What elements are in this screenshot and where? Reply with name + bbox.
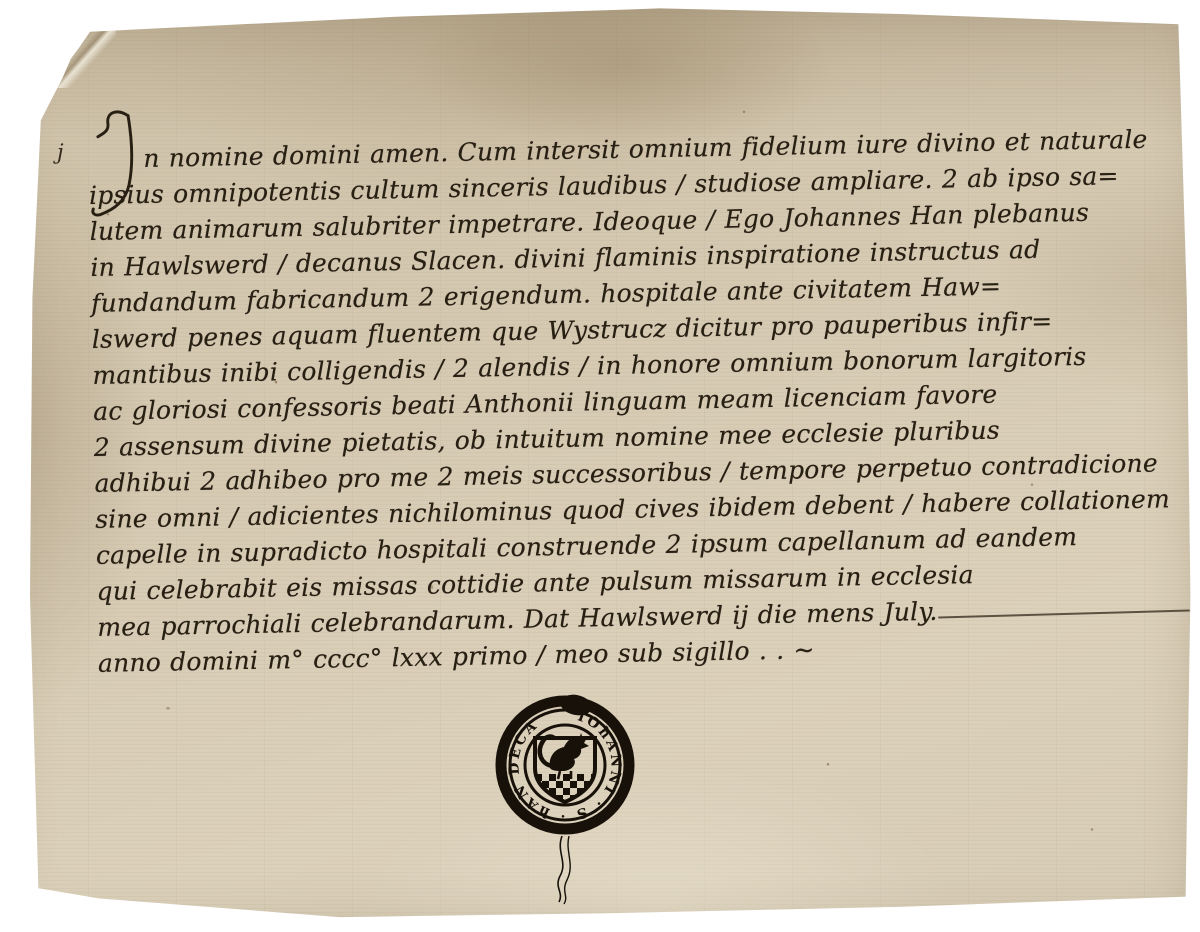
charter-text: n nomine domini amen. Cum intersit omniu… [88,121,1178,682]
seal-stamp: IOhANNI · S · hAN DECA [494,694,636,908]
margin-mark: j [57,140,64,164]
seal-thread-icon [564,836,570,904]
shield-emblem [535,733,598,802]
manuscript-page: j n nomine domini amen. Cum intersit omn… [0,0,1200,932]
manuscript-photo: j n nomine domini amen. Cum intersit omn… [0,0,1200,932]
torn-corner-fold [52,24,116,88]
seal-thread-icon [558,836,563,902]
